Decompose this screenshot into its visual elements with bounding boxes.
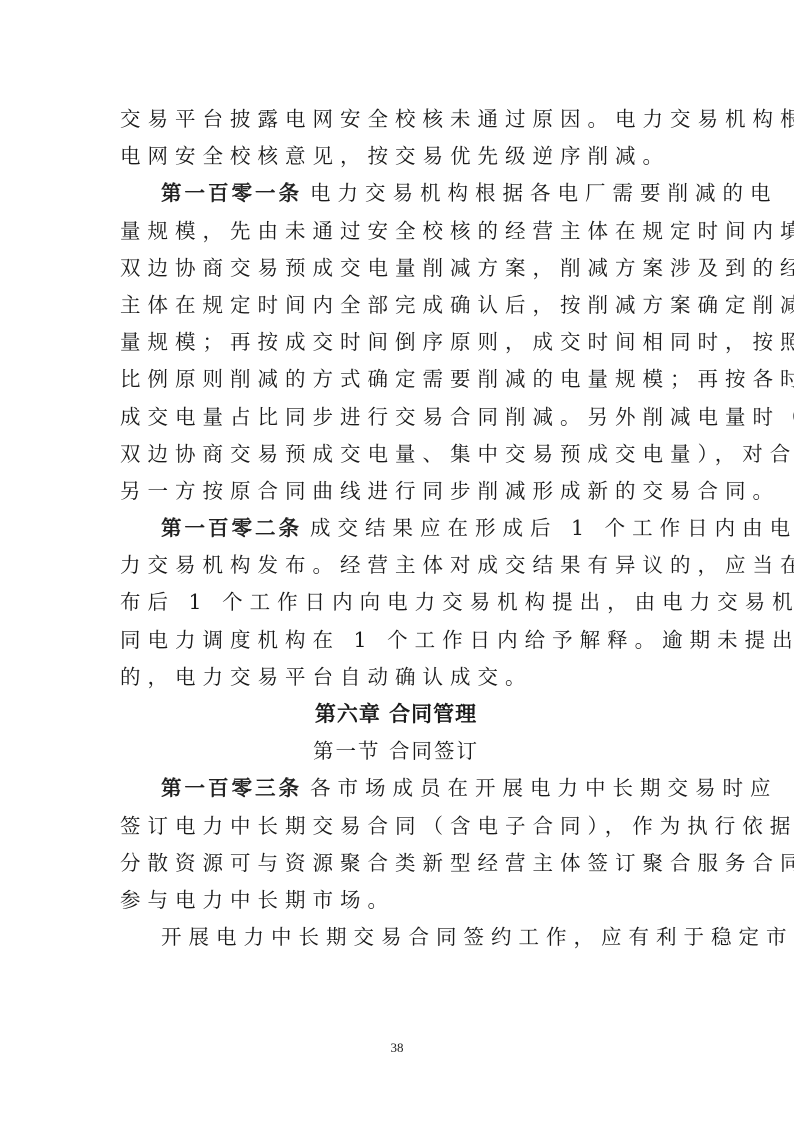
body-text-line: 双边协商交易预成交电量削减方案，削减方案涉及到的经营 (120, 250, 676, 287)
body-text-line: 交易平台披露电网安全校核未通过原因。电力交易机构根据 (120, 101, 676, 138)
body-text-line: 同电力调度机构在 1 个工作日内给予解释。逾期未提出异议 (120, 622, 676, 659)
body-text-line: 量规模，先由未通过安全校核的经营主体在规定时间内填写 (120, 213, 676, 250)
body-text-line: 的，电力交易平台自动确认成交。 (120, 659, 676, 696)
body-text-line: 力交易机构发布。经营主体对成交结果有异议的，应当在发 (120, 547, 676, 584)
body-text-line: 开展电力中长期交易合同签约工作，应有利于稳定市场 (120, 919, 676, 956)
body-text-line: 分散资源可与资源聚合类新型经营主体签订聚合服务合同， (120, 845, 676, 882)
article-text: 各市场成员在开展电力中长期交易时应 (310, 776, 778, 800)
article-102-first-line: 第一百零二条成交结果应在形成后 1 个工作日内由电 (120, 510, 676, 547)
body-text-line: 电网安全校核意见，按交易优先级逆序削减。 (120, 138, 676, 175)
body-text-line: 签订电力中长期交易合同（含电子合同），作为执行依据。 (120, 808, 676, 845)
body-text-line: 布后 1 个工作日内向电力交易机构提出，由电力交易机构会 (120, 584, 676, 621)
body-text-line: 双边协商交易预成交电量、集中交易预成交电量），对合同 (120, 436, 676, 473)
body-text-line: 成交电量占比同步进行交易合同削减。另外削减电量时（含 (120, 399, 676, 436)
body-text-line: 参与电力中长期市场。 (120, 882, 676, 919)
article-text: 成交结果应在形成后 1 个工作日内由电 (310, 516, 794, 540)
document-page: 交易平台披露电网安全校核未通过原因。电力交易机构根据 电网安全校核意见，按交易优… (120, 101, 676, 956)
article-103-first-line: 第一百零三条各市场成员在开展电力中长期交易时应 (120, 770, 676, 807)
body-text-line: 另一方按原合同曲线进行同步削减形成新的交易合同。 (120, 473, 676, 510)
article-label: 第一百零三条 (161, 776, 302, 800)
article-text: 电力交易机构根据各电厂需要削减的电 (310, 181, 778, 205)
body-text-line: 主体在规定时间内全部完成确认后，按削减方案确定削减电 (120, 287, 676, 324)
body-text-line: 量规模；再按成交时间倒序原则，成交时间相同时，按照等 (120, 324, 676, 361)
body-text-line: 比例原则削减的方式确定需要削减的电量规模；再按各时段 (120, 361, 676, 398)
chapter-title: 第六章 合同管理 (116, 696, 676, 733)
page-number: 38 (0, 1040, 794, 1056)
article-label: 第一百零二条 (161, 516, 302, 540)
section-title: 第一节 合同签订 (116, 733, 676, 770)
article-label: 第一百零一条 (161, 181, 302, 205)
article-101-first-line: 第一百零一条电力交易机构根据各电厂需要削减的电 (120, 175, 676, 212)
